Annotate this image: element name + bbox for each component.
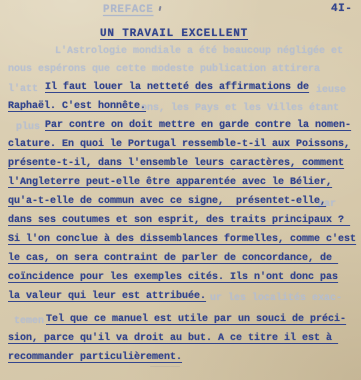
body-line: qu'a-t-elle de commun avec ce signe, pré…: [8, 196, 326, 208]
body-line: présente-t-il, dans l'ensemble leurs car…: [8, 158, 344, 170]
ghost-line: temen: [14, 316, 44, 328]
page-number: 4I-: [331, 3, 352, 15]
body-line: sion, parce qu'il va droit au but. A ce …: [8, 333, 338, 345]
ghost-line: plus: [16, 122, 40, 134]
ghost-line: L'Astrologie mondiale a été beaucoup nég…: [55, 46, 343, 58]
ink-speck: [159, 6, 162, 11]
body-line: la valeur qui leur est attribuée.: [8, 291, 206, 303]
body-line: l'Angleterre peut-elle être apparentée a…: [8, 177, 332, 189]
ink-speck: [232, 168, 234, 170]
body-line: Tel que ce manuel est utile par un souci…: [46, 314, 346, 326]
document-page: L'Astrologie mondiale a été beaucoup nég…: [0, 0, 361, 380]
body-line: Par contre on doit mettre en garde contr…: [45, 120, 351, 132]
document-title: UN TRAVAIL EXCELLENT: [100, 28, 248, 40]
body-line: Il faut louer la netteté des affirmation…: [45, 82, 309, 94]
body-line: clature. En quoi le Portugal ressemble-t…: [8, 139, 350, 151]
body-line: Raphaël. C'est honnête.: [8, 101, 146, 113]
ghost-line: l'att: [8, 84, 38, 96]
running-title: PREFACE: [103, 4, 153, 16]
body-line: recommander particulièrement.: [8, 352, 182, 364]
ghost-line: ieuse: [316, 85, 346, 97]
body-line: Si l'on conclue à des dissemblances form…: [8, 234, 356, 246]
ink-speck: [150, 366, 180, 367]
body-line: dans ses coutumes et son esprit, des tra…: [8, 215, 350, 227]
body-line: le cas, on sera contraint de parler de c…: [8, 253, 338, 265]
ghost-line: nous espérons que cette modeste publicat…: [8, 64, 320, 76]
body-line: coïncidence pour les exemples cités. Ils…: [8, 272, 338, 284]
ghost-line: ons, les Pays et les Villes étant: [141, 103, 339, 115]
ghost-line: ur les localités exac-: [210, 293, 342, 305]
